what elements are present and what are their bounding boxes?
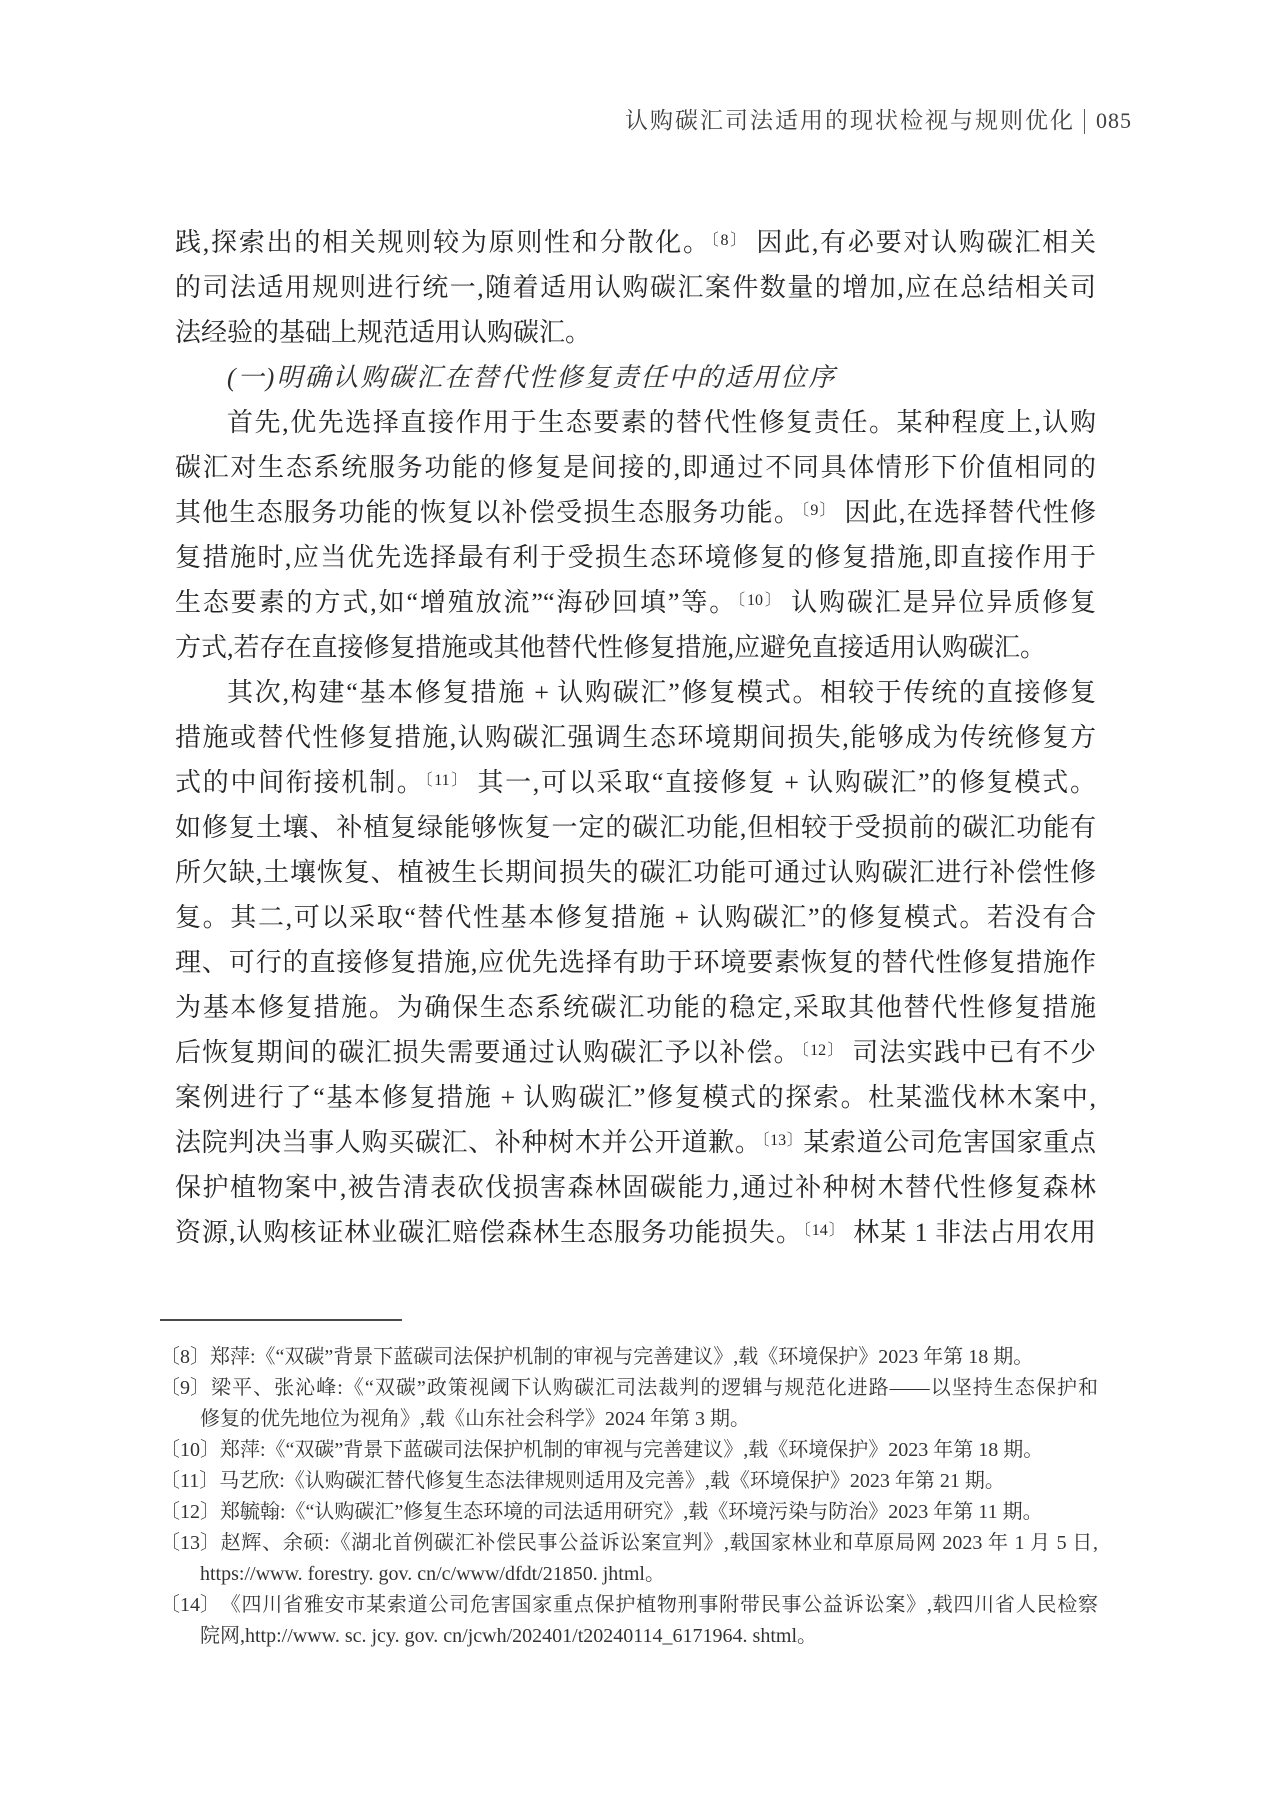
- page-number: 085: [1096, 104, 1132, 138]
- footnote-marker: 〔10〕: [160, 1435, 220, 1466]
- body-line: 法经验的基础上规范适用认购碳汇。: [175, 310, 1096, 355]
- header-divider: [1084, 109, 1085, 134]
- body-line: 如修复土壤、补植复绿能够恢复一定的碳汇功能,但相较于受损前的碳汇功能有: [175, 805, 1096, 850]
- footnote-separator: [160, 1319, 402, 1321]
- body-line: 案例进行了“基本修复措施 + 认购碳汇”修复模式的探索。杜某滥伐林木案中,: [175, 1075, 1096, 1120]
- footnote-marker: 〔11〕: [160, 1466, 219, 1497]
- body-line: 复。其二,可以采取“替代性基本修复措施 + 认购碳汇”的修复模式。若没有合: [175, 895, 1096, 940]
- body-line: 碳汇对生态系统服务功能的修复是间接的,即通过不同具体情形下价值相同的: [175, 445, 1096, 490]
- footnote-marker: 〔12〕: [160, 1497, 220, 1528]
- running-header: 认购碳汇司法适用的现状检视与规则优化 085: [625, 104, 1132, 138]
- footnote-line: 〔11〕马艺欣:《认购碳汇替代修复生态法律规则适用及完善》,载《环境保护》202…: [160, 1466, 1098, 1497]
- footnote-ref: 〔8〕: [711, 232, 748, 249]
- body-line: 践,探索出的相关规则较为原则性和分散化。〔8〕 因此,有必要对认购碳汇相关: [175, 220, 1096, 265]
- footnote-line: 〔10〕郑萍:《“双碳”背景下蓝碳司法保护机制的审视与完善建议》,载《环境保护》…: [160, 1435, 1098, 1466]
- footnote-line: 〔8〕郑萍:《“双碳”背景下蓝碳司法保护机制的审视与完善建议》,载《环境保护》2…: [160, 1342, 1098, 1373]
- journal-page: 认购碳汇司法适用的现状检视与规则优化 085 践,探索出的相关规则较为原则性和分…: [0, 0, 1269, 1804]
- footnote-ref: 〔11〕: [425, 772, 470, 789]
- body-line: 方式,若存在直接修复措施或其他替代性修复措施,应避免直接适用认购碳汇。: [175, 625, 1096, 670]
- body-line: 保护植物案中,被告清表砍伐损害森林固碳能力,通过补种树木替代性修复森林: [175, 1165, 1096, 1210]
- footnote-line: 〔9〕梁平、张沁峰:《“双碳”政策视阈下认购碳汇司法裁判的逻辑与规范化进路——以…: [160, 1373, 1098, 1404]
- footnote-ref: 〔10〕: [737, 592, 783, 609]
- body-line: 资源,认购核证林业碳汇赔偿森林生态服务功能损失。〔14〕 林某 1 非法占用农用: [175, 1210, 1096, 1255]
- body-line: 后恢复期间的碳汇损失需要通过认购碳汇予以补偿。〔12〕 司法实践中已有不少: [175, 1030, 1096, 1075]
- footnote-ref: 〔12〕: [801, 1042, 845, 1059]
- footnote-marker: 〔8〕: [160, 1342, 210, 1373]
- footnote-marker: 〔13〕: [160, 1528, 220, 1559]
- body-line: 其他生态服务功能的恢复以补偿受损生态服务功能。〔9〕 因此,在选择替代性修: [175, 490, 1096, 535]
- footnote-line: 〔14〕《四川省雅安市某索道公司危害国家重点保护植物刑事附带民事公益诉讼案》,载…: [160, 1590, 1098, 1621]
- section-heading: (一)明确认购碳汇在替代性修复责任中的适用位序: [175, 355, 1096, 400]
- body-line: 式的中间衔接机制。〔11〕 其一,可以采取“直接修复 + 认购碳汇”的修复模式。: [175, 760, 1096, 805]
- footnote-continuation-line: 修复的优先地位为视角》,载《山东社会科学》2024 年第 3 期。: [160, 1404, 1098, 1435]
- body-line: 的司法适用规则进行统一,随着适用认购碳汇案件数量的增加,应在总结相关司: [175, 265, 1096, 310]
- body-line: 其次,构建“基本修复措施 + 认购碳汇”修复模式。相较于传统的直接修复: [175, 670, 1096, 715]
- body-text: 践,探索出的相关规则较为原则性和分散化。〔8〕 因此,有必要对认购碳汇相关的司法…: [175, 220, 1096, 1255]
- footnote-ref: 〔9〕: [801, 502, 837, 519]
- footnote-ref: 〔14〕: [803, 1222, 846, 1239]
- footnote-marker: 〔14〕: [160, 1590, 220, 1621]
- body-line: 复措施时,应当优先选择最有利于受损生态环境修复的修复措施,即直接作用于: [175, 535, 1096, 580]
- running-header-title: 认购碳汇司法适用的现状检视与规则优化: [625, 104, 1075, 138]
- footnote-continuation-line: https://www. forestry. gov. cn/c/www/dfd…: [160, 1559, 1098, 1590]
- body-line: 措施或替代性修复措施,认购碳汇强调生态环境期间损失,能够成为传统修复方: [175, 715, 1096, 760]
- body-line: 所欠缺,土壤恢复、植被生长期间损失的碳汇功能可通过认购碳汇进行补偿性修: [175, 850, 1096, 895]
- footnotes: 〔8〕郑萍:《“双碳”背景下蓝碳司法保护机制的审视与完善建议》,载《环境保护》2…: [160, 1342, 1098, 1652]
- footnote-continuation-line: 院网,http://www. sc. jcy. gov. cn/jcwh/202…: [160, 1621, 1098, 1652]
- body-line: 法院判决当事人购买碳汇、补种树木并公开道歉。〔13〕某索道公司危害国家重点: [175, 1120, 1096, 1165]
- body-line: 生态要素的方式,如“增殖放流”“海砂回填”等。〔10〕 认购碳汇是异位异质修复: [175, 580, 1096, 625]
- footnote-marker: 〔9〕: [160, 1373, 210, 1404]
- body-line: 首先,优先选择直接作用于生态要素的替代性修复责任。某种程度上,认购: [175, 400, 1096, 445]
- footnote-ref: 〔13〕: [761, 1132, 803, 1149]
- footnote-line: 〔12〕郑毓翰:《“认购碳汇”修复生态环境的司法适用研究》,载《环境污染与防治》…: [160, 1497, 1098, 1528]
- body-line: 理、可行的直接修复措施,应优先选择有助于环境要素恢复的替代性修复措施作: [175, 940, 1096, 985]
- footnote-line: 〔13〕赵辉、余硕:《湖北首例碳汇补偿民事公益诉讼案宣判》,载国家林业和草原局网…: [160, 1528, 1098, 1559]
- body-line: 为基本修复措施。为确保生态系统碳汇功能的稳定,采取其他替代性修复措施: [175, 985, 1096, 1030]
